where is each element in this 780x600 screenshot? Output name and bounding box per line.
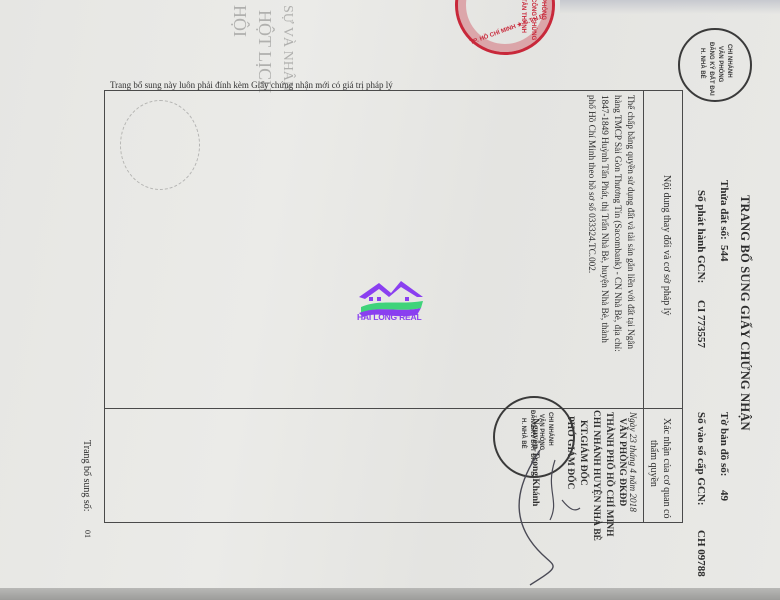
parcel-value: 544 <box>718 245 730 262</box>
map-sheet-value: 49 <box>718 490 730 501</box>
parcel-label: Thửa đất số: <box>718 180 730 240</box>
office-name-3: CHI NHÁNH HUYỆN NHÀ BÈ <box>591 410 601 541</box>
attachment-notice: Trang bổ sung này luôn phải đính kèm Giấ… <box>110 80 393 90</box>
signature <box>500 440 590 590</box>
footer-label: Trang bổ sung số: <box>81 440 92 512</box>
stamp-line: CHI NHÁNH <box>726 44 732 78</box>
stamp-line: VĂN PHÒNG <box>717 46 723 82</box>
content-column-header: Nội dung thay đổi và cơ sở pháp lý <box>661 175 672 316</box>
document-title: TRANG BỔ SUNG GIẤY CHỨNG NHẬN <box>737 195 752 431</box>
bleedthrough-text: SỰ VÀ NHÂN <box>279 5 295 91</box>
hai-long-real-logo-icon <box>355 275 427 331</box>
table-header-divider <box>643 90 644 523</box>
register-number-value: CH 09788 <box>695 530 707 577</box>
office-name-1: VĂN PHÒNG ĐKĐĐ <box>617 418 627 506</box>
content-line: Thế chấp bằng quyền sử dụng đất và tài s… <box>624 95 638 349</box>
register-number-label: Số vào sổ cấp GCN: <box>695 412 707 506</box>
confirm-column-header: Xác nhận của cơ quan có <box>661 418 672 519</box>
confirm-column-header-2: thẩm quyền <box>648 440 659 487</box>
footer-number: 01 <box>83 530 92 538</box>
bleedthrough-text: HỘI <box>229 5 250 37</box>
content-line: 1847-1849 Huỳnh Tấn Phát, thị Trấn Nhà B… <box>598 95 612 343</box>
issue-number-value: CI 773557 <box>695 300 707 348</box>
table-divider <box>104 408 683 409</box>
confirmation-date: Ngày 23 tháng 4 năm 2018 <box>626 412 640 512</box>
watermark-brand: HAI LONG REAL <box>357 312 421 322</box>
issue-number-label: Số phát hành GCN: <box>695 190 707 283</box>
paper-fold <box>560 0 780 14</box>
map-sheet-label: Tờ bản đồ số: <box>718 412 730 476</box>
table-surface <box>0 588 780 600</box>
stamp-line: H. NHÀ BÈ <box>699 48 705 79</box>
land-office-stamp: CHI NHÁNH VĂN PHÒNG ĐĂNG KÝ ĐẤT ĐAI H. N… <box>678 28 752 102</box>
content-line: phố Hồ Chí Minh theo hồ sơ số 033324.TC.… <box>585 95 599 273</box>
stamp-line: ĐĂNG KÝ ĐẤT ĐAI <box>708 42 714 96</box>
content-line: hàng TMCP Sài Gòn Thương Tín (Sacombank)… <box>611 95 625 352</box>
office-name-2: THÀNH PHỐ HỒ CHÍ MINH <box>604 412 614 537</box>
